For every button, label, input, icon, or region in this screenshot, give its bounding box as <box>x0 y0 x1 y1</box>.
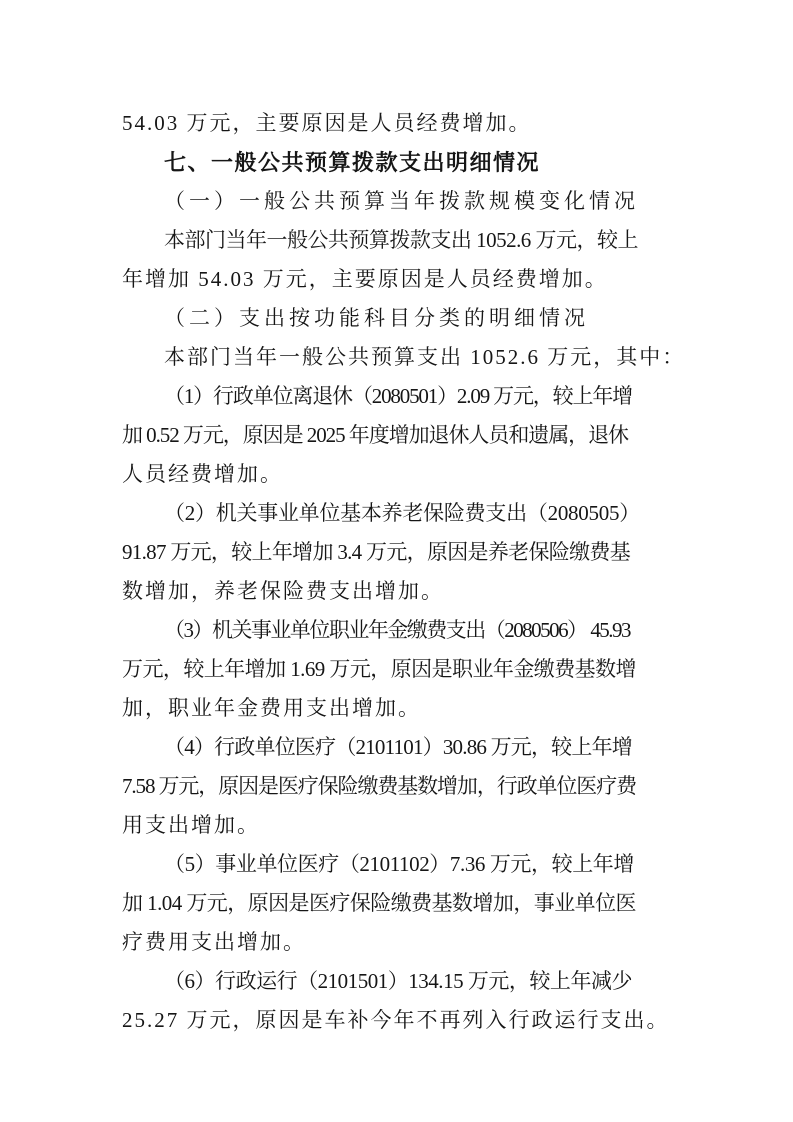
text-line: 万元，较上年增加 1.69 万元，原因是职业年金缴费基数增 <box>122 650 694 689</box>
text-line: 加，职业年金费用支出增加。 <box>122 689 694 728</box>
text-line: （1）行政单位离退休（2080501）2.09 万元，较上年增 <box>122 377 694 416</box>
text-line-content: （5）事业单位医疗（2101102）7.36 万元，较上年增 <box>164 852 634 876</box>
text-line: 年增加 54.03 万元，主要原因是人员经费增加。 <box>122 260 694 299</box>
text-line: （3）机关事业单位职业年金缴费支出（2080506） 45.93 <box>122 611 694 650</box>
text-line-content: 本部门当年一般公共预算支出 1052.6 万元，其中： <box>164 345 685 369</box>
text-line-content: 疗费用支出增加。 <box>122 930 306 954</box>
subsection-heading: （一）一般公共预算当年拨款规模变化情况 <box>122 182 694 221</box>
text-line-content: 数增加，养老保险费支出增加。 <box>122 579 444 603</box>
text-line-content: 加，职业年金费用支出增加。 <box>122 696 421 720</box>
text-line-content: 人员经费增加。 <box>122 462 283 486</box>
text-line: 疗费用支出增加。 <box>122 923 694 962</box>
text-line: 用支出增加。 <box>122 806 694 845</box>
text-line-content: 54.03 万元，主要原因是人员经费增加。 <box>122 111 532 135</box>
text-line-content: （1）行政单位离退休（2080501）2.09 万元，较上年增 <box>164 384 632 408</box>
text-line: 25.27 万元，原因是车补今年不再列入行政运行支出。 <box>122 1001 694 1040</box>
text-line-content: 万元，较上年增加 1.69 万元，原因是职业年金缴费基数增 <box>122 657 636 681</box>
text-line-content: 年增加 54.03 万元，主要原因是人员经费增加。 <box>122 267 608 291</box>
document-content: 54.03 万元，主要原因是人员经费增加。七、一般公共预算拨款支出明细情况（一）… <box>122 104 694 1040</box>
text-line-content: 91.87 万元，较上年增加 3.4 万元，原因是养老保险缴费基 <box>122 540 630 564</box>
text-line: 91.87 万元，较上年增加 3.4 万元，原因是养老保险缴费基 <box>122 533 694 572</box>
text-line-content: （6）行政运行（2101501）134.15 万元，较上年减少 <box>164 969 632 993</box>
text-line-content: （3）机关事业单位职业年金缴费支出（2080506） 45.93 <box>164 618 630 642</box>
text-line-content: 用支出增加。 <box>122 813 260 837</box>
section-heading: 七、一般公共预算拨款支出明细情况 <box>122 143 694 182</box>
text-line: （4）行政单位医疗（2101101）30.86 万元，较上年增 <box>122 728 694 767</box>
text-line: （2）机关事业单位基本养老保险费支出（2080505） <box>122 494 694 533</box>
text-line: 加 0.52 万元，原因是 2025 年度增加退休人员和遗属，退休 <box>122 416 694 455</box>
text-line: 7.58 万元，原因是医疗保险缴费基数增加，行政单位医疗费 <box>122 767 694 806</box>
text-line: （6）行政运行（2101501）134.15 万元，较上年减少 <box>122 962 694 1001</box>
document-page: 54.03 万元，主要原因是人员经费增加。七、一般公共预算拨款支出明细情况（一）… <box>0 0 793 1122</box>
subsection-heading: （二）支出按功能科目分类的明细情况 <box>122 299 694 338</box>
text-line-content: （2）机关事业单位基本养老保险费支出（2080505） <box>164 501 640 525</box>
text-line: 本部门当年一般公共预算拨款支出 1052.6 万元，较上 <box>122 221 694 260</box>
text-line: 本部门当年一般公共预算支出 1052.6 万元，其中： <box>122 338 694 377</box>
text-line: （5）事业单位医疗（2101102）7.36 万元，较上年增 <box>122 845 694 884</box>
text-line: 人员经费增加。 <box>122 455 694 494</box>
text-line-content: （一）一般公共预算当年拨款规模变化情况 <box>164 189 639 213</box>
text-line: 数增加，养老保险费支出增加。 <box>122 572 694 611</box>
text-line: 54.03 万元，主要原因是人员经费增加。 <box>122 104 694 143</box>
text-line-content: （4）行政单位医疗（2101101）30.86 万元，较上年增 <box>164 735 632 759</box>
text-line-content: 本部门当年一般公共预算拨款支出 1052.6 万元，较上 <box>164 228 638 252</box>
text-line-content: 七、一般公共预算拨款支出明细情况 <box>164 150 540 175</box>
text-line-content: 7.58 万元，原因是医疗保险缴费基数增加，行政单位医疗费 <box>122 774 636 798</box>
text-line-content: 加 1.04 万元，原因是医疗保险缴费基数增加，事业单位医 <box>122 891 636 915</box>
text-line-content: 25.27 万元，原因是车补今年不再列入行政运行支出。 <box>122 1008 670 1032</box>
text-line-content: 加 0.52 万元，原因是 2025 年度增加退休人员和遗属，退休 <box>122 423 628 447</box>
text-line: 加 1.04 万元，原因是医疗保险缴费基数增加，事业单位医 <box>122 884 694 923</box>
text-line-content: （二）支出按功能科目分类的明细情况 <box>164 306 589 330</box>
